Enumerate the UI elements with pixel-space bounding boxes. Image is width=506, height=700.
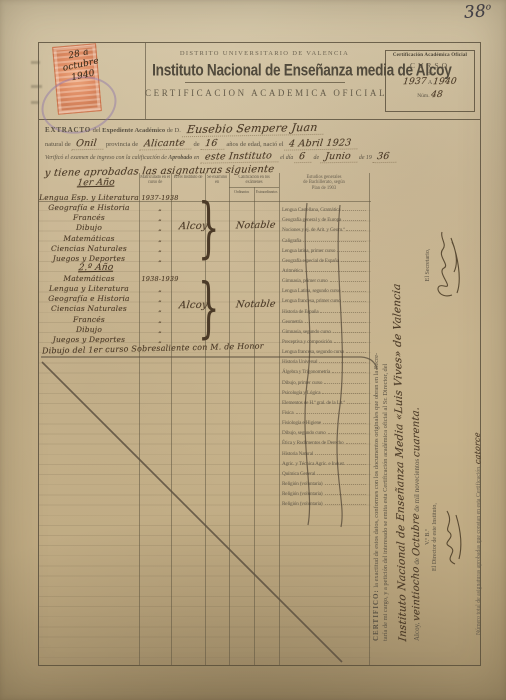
estudios-list-item: Preceptiva y composición <box>280 335 368 345</box>
estudios-subject: Química General <box>282 471 315 477</box>
certifico-label: CERTIFICO: <box>372 589 380 641</box>
estudios-list-item: Fisiología e Higiene <box>280 416 368 426</box>
date-text: de <box>413 558 421 565</box>
extract-text: años de edad, nació el <box>226 141 283 148</box>
year-value: cuarenta. <box>411 406 423 458</box>
estudios-subject: Preceptiva y composición <box>282 339 332 345</box>
page-number: 38 <box>464 1 487 22</box>
header-extraordinarios: Extraordinarios <box>255 189 278 194</box>
dotted-leader <box>341 261 366 262</box>
estudios-subject: Geografía general y de Europa <box>282 217 341 223</box>
birthdate-value: 4 Abril 1923 <box>284 137 359 150</box>
province-value: Alicante <box>139 137 193 150</box>
curso-cell: 1937-1938 <box>139 193 181 203</box>
estudios-subject: Gimnasia, primer curso <box>282 278 328 284</box>
dotted-leader <box>303 241 366 242</box>
header-calificacion: Calificación en los exámenes <box>230 175 278 185</box>
year2-label: 2.º Año <box>56 262 135 273</box>
header-examen: Se examinó en <box>206 175 228 185</box>
curso-de-label: DE <box>386 71 474 76</box>
estudios-subject: Geografía especial de España <box>282 258 339 264</box>
expediente-label: Expediente Académico <box>102 127 165 134</box>
extract-text: Verificó el examen de ingreso con la cal… <box>45 155 167 161</box>
subject-cell: Dibujo <box>39 223 139 233</box>
table-column-line <box>229 173 230 665</box>
estudios-subject: Agric. y Técnica Agríc. e Indust. <box>282 461 345 467</box>
estudios-subject: Fisiología e Higiene <box>282 420 321 426</box>
subject-cell: Ciencias Naturales <box>39 304 139 314</box>
estudios-subject: Gimnasia, segundo curso <box>282 329 331 335</box>
estudios-header: Estudios generales de Bachillerato, segú… <box>280 175 368 191</box>
dotted-leader <box>342 210 366 211</box>
printed-form-frame: 28 aoctubre1940 DISTRITO UNIVERSITARIO D… <box>38 42 481 666</box>
estudios-list-item: Gimnasia, primer curso <box>280 274 368 284</box>
estudios-subject: Lengua latina, primer curso <box>282 248 335 254</box>
curso-number: Núm. 48 <box>386 89 474 100</box>
estudios-list-item: Nociones y ej. de Arit. y Geom.ª <box>280 223 368 233</box>
dotted-leader <box>343 220 366 221</box>
estudios-list-item: Historia de España <box>280 304 368 314</box>
subject-cell: Lengua y Literatura <box>39 284 139 294</box>
curso-box-title: Certificación Académica Oficial <box>386 53 474 58</box>
edge-note-text: Número total de asignaturas aprobadas qu… <box>476 465 482 635</box>
extract-text: del <box>93 127 101 134</box>
extract-text: provincia de <box>106 141 138 148</box>
day-value: veintiocho <box>411 566 423 622</box>
curso-cell: „ <box>139 244 181 254</box>
curso-cell: „ <box>139 304 181 314</box>
estudios-subject: Física <box>282 410 294 416</box>
certification-block: CERTIFICO: la exactitud de estos datos, … <box>373 123 481 641</box>
dotted-leader <box>346 230 366 231</box>
estudios-subject: Religión (voluntaria) <box>282 481 323 487</box>
dotted-leader <box>317 474 366 475</box>
estudios-list-item: Religión (voluntaria) <box>280 497 368 507</box>
year2-rows: Matemáticas 1938-1939 Lengua y Literatur… <box>39 274 181 345</box>
dotted-leader <box>325 504 366 505</box>
dotted-leader <box>346 443 366 444</box>
ingreso-month-value: Junio <box>320 151 358 164</box>
curso-box: Certificación Académica Oficial CURSO DE… <box>385 50 475 112</box>
estudios-subject: Psicología y Lógica <box>282 390 320 396</box>
header-titles: DISTRITO UNIVERSITARIO DE VALENCIA Insti… <box>145 50 384 98</box>
director-signature-block: V.º B.º El Director de este Instituto, <box>425 503 468 571</box>
stamp-cell: 28 aoctubre1940 <box>39 43 146 119</box>
year2-grade-value: Notable <box>235 299 276 311</box>
dotted-leader <box>347 464 366 465</box>
estudios-list-item: Caligrafía <box>280 233 368 243</box>
dotted-leader <box>328 433 366 434</box>
estudios-list-item: Ética y Rudimentos de Derecho <box>280 436 368 446</box>
extract-text: de <box>314 155 320 161</box>
estudios-list-item: Química General <box>280 467 368 477</box>
dotted-leader <box>305 322 366 323</box>
estudios-list-item: Lengua francesa, segundo curso <box>280 345 368 355</box>
title-underline <box>185 82 345 83</box>
secretario-signature <box>432 228 464 302</box>
dotted-leader <box>305 271 366 272</box>
dotted-leader <box>325 494 366 495</box>
dotted-leader <box>330 281 366 282</box>
dotted-leader <box>322 393 366 394</box>
extract-text: de <box>194 141 200 148</box>
estudios-header-line: Plan de 1903 <box>280 186 368 191</box>
dotted-leader <box>347 403 366 404</box>
num-label: Núm. <box>417 93 429 99</box>
subject-cell: Geografía e Historia <box>39 294 139 304</box>
year1-instituto-value: Alcoy <box>178 221 208 232</box>
estudios-list-item: Geografía especial de España <box>280 254 368 264</box>
estudios-list-item: Religión (voluntaria) <box>280 487 368 497</box>
secretario-label: El Secretario, <box>425 228 432 302</box>
institute-title: Instituto Nacional de Enseñanza media de… <box>152 62 377 80</box>
estudios-subject: Historia Universal <box>282 359 317 365</box>
estudios-subject: Ética y Rudimentos de Derecho <box>282 440 344 446</box>
vb-label: V.º B.º <box>425 503 432 571</box>
margin-print-fragment <box>31 61 40 64</box>
dotted-leader <box>342 291 366 292</box>
table-column-line <box>369 173 370 665</box>
estudios-list-item: Lengua latina, primer curso <box>280 244 368 254</box>
dotted-leader <box>323 423 366 424</box>
header-ordinarios: Ordinarios <box>230 189 253 194</box>
curso-cell: „ <box>139 325 181 335</box>
edge-note: Número total de asignaturas aprobadas qu… <box>473 135 483 635</box>
dotted-leader <box>343 301 366 302</box>
estudios-subject: Nociones y ej. de Arit. y Geom.ª <box>282 227 344 233</box>
curso-cell: „ <box>139 254 181 264</box>
dotted-leader <box>320 312 366 313</box>
estudios-subject: Álgebra y Trigonometría <box>282 369 330 375</box>
margin-print-fragment <box>31 101 39 104</box>
estudios-list-item: Lengua francesa, primer curso <box>280 294 368 304</box>
dotted-leader <box>296 413 367 414</box>
dotted-leader <box>337 251 366 252</box>
estudios-list-item: Geometría <box>280 315 368 325</box>
page-number-suffix: o <box>486 2 492 12</box>
extract-text: natural de <box>45 141 71 148</box>
year2-instituto-value: Alcoy <box>178 300 208 311</box>
year1-label: 1er Año <box>56 177 135 188</box>
director-signature <box>439 506 465 568</box>
edge-note-count: catorce <box>473 432 483 465</box>
estudios-list-item: Psicología y Lógica <box>280 386 368 396</box>
ingreso-day-value: 6 <box>294 151 313 163</box>
curso-cell: „ <box>139 284 181 294</box>
date-text: de mil novecientos <box>413 459 421 512</box>
certification-line-2: taría de mi cargo, y a petición del inte… <box>382 123 390 641</box>
subject-cell: Francés <box>39 315 139 325</box>
subject-cell: Lengua Esp. y Literatura <box>39 193 139 203</box>
estudios-subject: Dibujo, segundo curso <box>282 430 326 436</box>
curso-cell: „ <box>139 213 181 223</box>
estudios-list-item: Álgebra y Trigonometría <box>280 365 368 375</box>
curso-year-separator: A <box>428 80 432 86</box>
estudios-list-item: Aritmética <box>280 264 368 274</box>
subject-cell: Matemáticas <box>39 274 139 284</box>
year1-grade-value: Notable <box>235 220 276 232</box>
director-label: El Director de este Instituto, <box>432 503 439 571</box>
estudios-list-item: Historia Natural <box>280 446 368 456</box>
estudios-list: Lengua Castellana, Gramática Geografía g… <box>280 203 368 507</box>
estudios-subject: Aritmética <box>282 268 303 274</box>
calificacion-divider-line <box>229 187 279 188</box>
margin-print-fragment <box>31 85 42 88</box>
estudios-list-item: Religión (voluntaria) <box>280 477 368 487</box>
estudios-generales-column: Estudios generales de Bachillerato, segú… <box>280 173 368 191</box>
estudios-subject: Historia Natural <box>282 451 313 457</box>
estudios-list-item: Elementos de H.ª gral. de la Lit.ª <box>280 396 368 406</box>
estudios-subject: Geometría <box>282 319 303 325</box>
ingreso-place-value: este Instituto <box>200 150 279 163</box>
subject-cell: Matemáticas <box>39 234 139 244</box>
estudios-subject: Dibujo, primer curso <box>282 380 322 386</box>
estudios-list-item: Geografía general y de Europa <box>280 213 368 223</box>
ingreso-grade-label: Aprobado <box>168 155 192 161</box>
estudios-list-item: Dibujo, primer curso <box>280 375 368 385</box>
curso-years: 1937 A 1940 <box>386 77 474 87</box>
estudios-subject: Religión (voluntaria) <box>282 491 323 497</box>
scanned-certificate-page: { "colors": { "paper": "#c7b38e", "print… <box>0 0 506 700</box>
secretario-signature-block: El Secretario, <box>425 228 468 302</box>
curso-year-from: 1937 <box>402 77 427 87</box>
extracto-label: EXTRACTO <box>45 126 91 134</box>
student-name: Eusebio Sempere Juan <box>181 121 324 137</box>
subject-cell: Francés <box>39 213 139 223</box>
dotted-leader <box>334 342 366 343</box>
estudios-list-item: Lengua Castellana, Gramática <box>280 203 368 213</box>
place-label: Alcoy, <box>413 623 421 641</box>
estudios-subject: Lengua Latina, segundo curso <box>282 288 340 294</box>
estudios-list-item: Gimnasia, segundo curso <box>280 325 368 335</box>
estudios-list-item: Agric. y Técnica Agríc. e Indust. <box>280 457 368 467</box>
subject-cell: Dibujo <box>39 325 139 335</box>
curso-cell: „ <box>139 223 181 233</box>
curso-year-to: 1940 <box>433 77 458 87</box>
extract-text: en <box>194 155 200 161</box>
header-instituto: En el Instituto de <box>172 175 204 180</box>
form-header: 28 aoctubre1940 DISTRITO UNIVERSITARIO D… <box>39 43 480 120</box>
signatures-row: V.º B.º El Director de este Instituto, E… <box>425 123 468 641</box>
curso-cell: „ <box>139 294 181 304</box>
dotted-leader <box>319 362 366 363</box>
dotted-leader <box>324 383 366 384</box>
birthplace-value: Onil <box>72 137 105 150</box>
estudios-list-item: Dibujo, segundo curso <box>280 426 368 436</box>
estudios-subject: Historia de España <box>282 309 318 315</box>
certification-text: la exactitud de estos datos, conformes c… <box>373 353 380 588</box>
header-curso: Matriculado en el curso de <box>140 175 170 185</box>
table-column-line <box>254 187 255 665</box>
curso-cell: „ <box>139 234 181 244</box>
subject-cell: Juegos y Deportes <box>39 335 139 345</box>
dotted-leader <box>346 352 366 353</box>
certification-line-1: CERTIFICO: la exactitud de estos datos, … <box>373 123 381 641</box>
month-value: Octubre <box>411 513 423 557</box>
estudios-list-item: Física <box>280 406 368 416</box>
curso-label: CURSO <box>386 61 474 70</box>
estudios-subject: Religión (voluntaria) <box>282 501 323 507</box>
certification-date-line: Alcoy, veintiocho de Octubre de mil nove… <box>411 123 422 641</box>
district-title: DISTRITO UNIVERSITARIO DE VALENCIA <box>145 50 384 57</box>
estudios-subject: Lengua francesa, segundo curso <box>282 349 344 355</box>
num-value: 48 <box>430 90 443 100</box>
curso-cell: „ <box>139 203 181 213</box>
dotted-leader <box>315 454 366 455</box>
subject-cell: Geografía e Historia <box>39 203 139 213</box>
extract-text: de 19 <box>359 155 372 161</box>
year1-rows: Lengua Esp. y Literatura 1937-1938 Geogr… <box>39 193 181 264</box>
dotted-leader <box>333 332 366 333</box>
document-type-title: CERTIFICACION ACADEMICA OFICIAL <box>145 88 384 98</box>
estudios-list-item: Lengua Latina, segundo curso <box>280 284 368 294</box>
estudios-subject: Elementos de H.ª gral. de la Lit.ª <box>282 400 345 406</box>
destination-institute: Instituto Nacional de Enseñanza Media «L… <box>391 283 409 642</box>
estudios-subject: Caligrafía <box>282 238 301 244</box>
age-value: 16 <box>201 137 226 149</box>
estudios-subject: Lengua Castellana, Gramática <box>282 207 340 213</box>
curso-cell: 1938-1939 <box>139 274 181 284</box>
curso-cell: „ <box>139 315 181 325</box>
extract-text: de D. <box>167 127 181 134</box>
extract-text: el día <box>280 155 293 161</box>
dotted-leader <box>325 484 366 485</box>
dotted-leader <box>332 372 366 373</box>
estudios-list-item: Historia Universal <box>280 355 368 365</box>
page-number-annotation: 38o <box>464 1 493 23</box>
subject-cell: Ciencias Naturales <box>39 244 139 254</box>
estudios-subject: Lengua francesa, primer curso <box>282 298 341 304</box>
